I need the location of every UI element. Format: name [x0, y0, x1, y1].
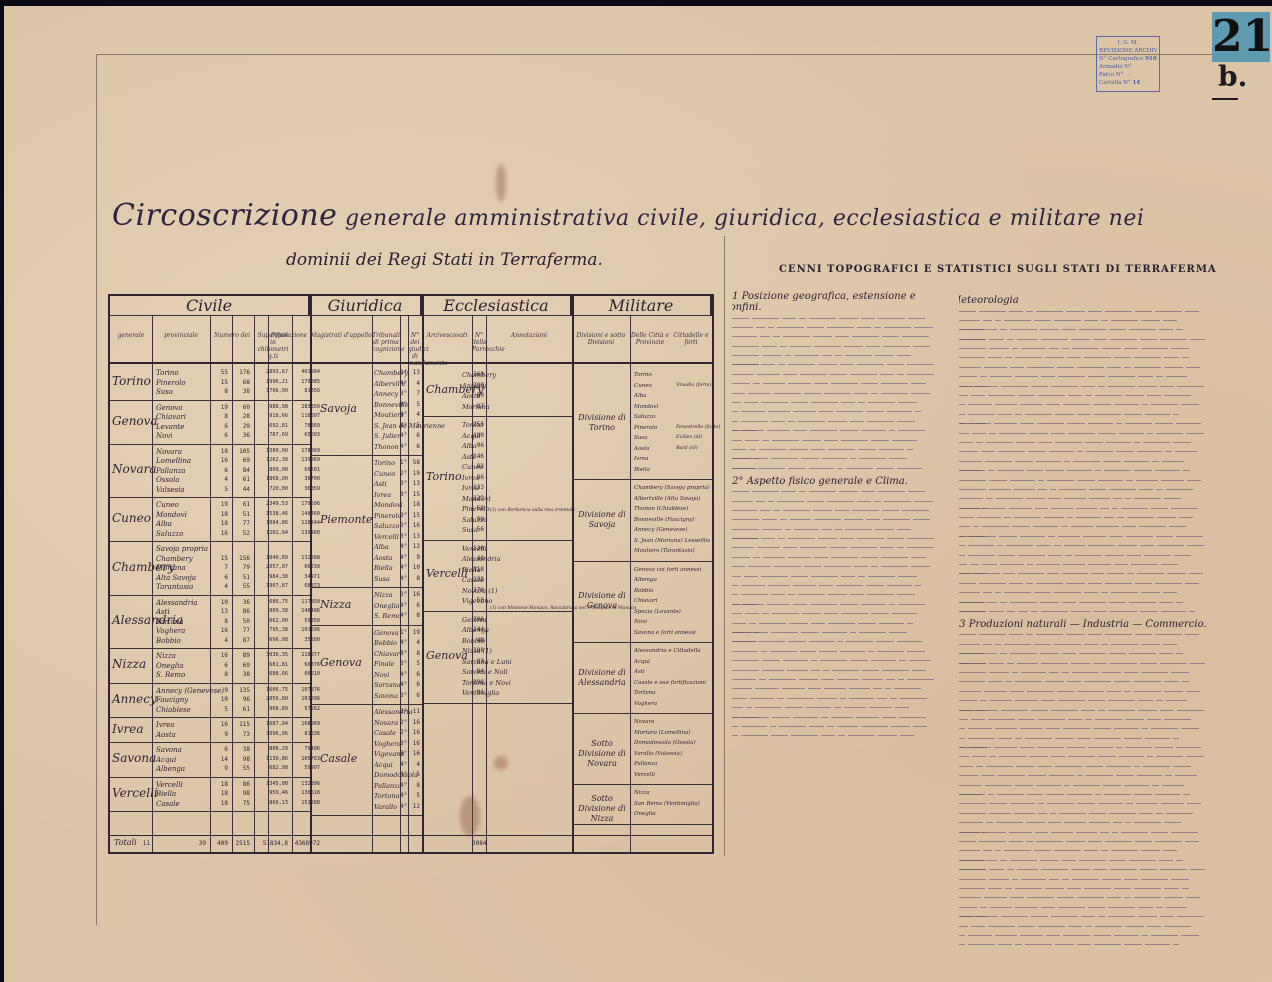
- column-header-annotazioni: Annotazioni: [486, 316, 572, 364]
- sheet-letter: b.: [1218, 60, 1247, 93]
- comuni-count: 156: [232, 555, 250, 562]
- popolazione-assoluta: 79406: [260, 746, 320, 752]
- mandamenti-count: 5: [408, 422, 420, 429]
- tribunal-class: 4°: [400, 681, 407, 688]
- annotation-note: (1) con Borbonica sulla riva orientale: [490, 506, 575, 516]
- division-rule: [110, 595, 310, 596]
- comuni-count: 29: [232, 423, 250, 430]
- division-name: Alessandria: [112, 613, 183, 627]
- mandamenti-count: 4: [210, 637, 228, 644]
- archdiocese-rule: [422, 540, 572, 541]
- division-rule: [110, 497, 310, 498]
- stamp-palco: Palco N°: [1099, 71, 1157, 79]
- mandamenti-count: 16: [210, 652, 228, 659]
- totals-label: Totali: [114, 838, 137, 848]
- comuni-count: 77: [232, 520, 250, 527]
- tribunal-class: 2°: [400, 470, 407, 477]
- tribunal-name: Varallo: [374, 802, 397, 812]
- mandamenti-count: 12: [408, 803, 420, 810]
- popolazione-assoluta: 178069: [260, 448, 320, 454]
- mandamenti-count: 16: [210, 721, 228, 728]
- topography-paragraph: [732, 314, 937, 474]
- comuni-count: 84: [232, 467, 250, 474]
- division-name: Vercelli: [112, 786, 158, 800]
- mandamenti-count: 10: [408, 564, 420, 571]
- tribunal-class: 3°: [400, 390, 407, 397]
- parishes-count: 86: [472, 474, 484, 481]
- mandamenti-count: 18: [210, 790, 228, 797]
- popolazione-assoluta: 78869: [260, 423, 320, 429]
- fortress-name: Exilles (id): [676, 433, 702, 443]
- military-rule: [572, 561, 712, 562]
- division-rule: [110, 648, 310, 649]
- parishes-count: 306: [472, 616, 484, 623]
- mandamenti-count: 8: [210, 671, 228, 678]
- province-name: Valsesia: [156, 485, 185, 495]
- comuni-count: 105: [232, 448, 250, 455]
- command-name: Biella: [634, 465, 710, 475]
- mandamenti-count: 18: [408, 501, 420, 508]
- court-rule: [310, 625, 422, 626]
- command-name: Saluzzo: [634, 412, 710, 422]
- archdiocese-name: Torino: [426, 470, 462, 483]
- province-name: Novara: [156, 447, 182, 457]
- stamp-line2: REVISIONE ARCHIVIO: [1099, 47, 1157, 55]
- province-name: Biella: [156, 789, 176, 799]
- topography-column-left: § 1 Posizione geografica, estensione e c…: [732, 289, 937, 739]
- division-name: Nizza: [112, 657, 146, 671]
- sheet-letter-underline: [1212, 98, 1238, 100]
- division-rule: [110, 717, 310, 718]
- tribunal-name: Nizza: [374, 590, 393, 600]
- comuni-count: 61: [232, 476, 250, 483]
- military-division-name: Sotto Divisione di Novara: [576, 739, 628, 769]
- popolazione-assoluta: 146486: [260, 608, 320, 614]
- parishes-count: 169: [472, 371, 484, 378]
- tribunal-name: Sarzana: [374, 680, 401, 690]
- command-name: Thonon (Chiablese): [634, 504, 710, 514]
- popolazione-assoluta: 118077: [260, 652, 320, 658]
- popolazione-assoluta: 105763: [260, 756, 320, 762]
- tribunal-class: 3°: [400, 692, 407, 699]
- court-rule: [310, 587, 422, 588]
- province-name: Bobbio: [156, 636, 181, 646]
- command-name: Pallanza: [634, 759, 710, 769]
- popolazione-assoluta: 66610: [260, 671, 320, 677]
- province-name: Levante: [156, 422, 184, 432]
- document-subtitle: dominii dei Regi Stati in Terraferma.: [286, 250, 603, 270]
- tribunal-class: 4°: [400, 411, 407, 418]
- court-name: Genova: [320, 656, 362, 669]
- mandamenti-count: 15: [408, 512, 420, 519]
- tribunal-class: 4°: [400, 575, 407, 582]
- tribunal-class: 3°: [400, 522, 407, 529]
- popolazione-assoluta: 68973: [260, 583, 320, 589]
- mandamenti-count: 5: [408, 792, 420, 799]
- mandamenti-count: 18: [210, 781, 228, 788]
- parishes-count: 136: [472, 545, 484, 552]
- mandamenti-count: 15: [408, 491, 420, 498]
- command-name: Ivrea: [634, 454, 710, 464]
- command-name: Casale e sue fortificazioni: [634, 678, 710, 688]
- topography-section-heading: § 2° Aspetto fisico generale e Clima.: [732, 476, 937, 487]
- topography-title: CENNI TOPOGRAFICI E STATISTICI SUGLI STA…: [779, 264, 1217, 275]
- court-rule: [310, 815, 422, 816]
- section-divider: [724, 236, 725, 856]
- command-name: Chambery (Savoja propria): [634, 483, 710, 493]
- command-name: Genova coi forti annessi: [634, 565, 710, 575]
- command-name: Torino: [634, 370, 710, 380]
- mandamenti-count: 6: [210, 746, 228, 753]
- mandamenti-count: 19: [210, 404, 228, 411]
- military-division-name: Divisione di Genova: [576, 591, 628, 611]
- tribunal-class: 4°: [400, 380, 407, 387]
- topography-section-heading: § 3 Produzioni naturali — Industria — Co…: [959, 619, 1209, 630]
- popolazione-assoluta: 118097: [260, 413, 320, 419]
- comuni-count: 55: [232, 583, 250, 590]
- division-rule: [110, 811, 310, 812]
- province-name: Oneglia: [156, 661, 184, 671]
- mandamenti-count: 5: [408, 401, 420, 408]
- division-name: Cuneo: [112, 511, 151, 525]
- comuni-count: 96: [232, 696, 250, 703]
- popolazione-assoluta: 139869: [260, 457, 320, 463]
- tribunal-name: Novi: [374, 670, 389, 680]
- mandamenti-count: 12: [408, 543, 420, 550]
- comuni-count: 115: [232, 721, 250, 728]
- parishes-count: 82: [472, 463, 484, 470]
- tribunal-name: Oneglia: [374, 601, 400, 611]
- tribunal-class: 3°: [400, 750, 407, 757]
- mandamenti-count: 16: [408, 740, 420, 747]
- column-header-n_giudici: N° dei giudici di mandamento: [408, 316, 422, 364]
- province-name: Chiavari: [156, 412, 186, 422]
- mandamenti-count: 6: [210, 662, 228, 669]
- mandamenti-count: 16: [408, 729, 420, 736]
- tribunal-class: 4°: [400, 554, 407, 561]
- parishes-count: 90: [472, 516, 484, 523]
- parishes-count: 370: [472, 587, 484, 594]
- diocese-name: Savona e Noli: [462, 667, 508, 677]
- military-rule: [572, 824, 712, 825]
- tribunal-class: 4°: [400, 671, 407, 678]
- document-title: Circoscrizione generale amministrativa c…: [112, 198, 1144, 233]
- tribunal-name: Biella: [374, 563, 393, 573]
- total-divisions: 11: [138, 840, 150, 847]
- tribunal-name: Asti: [374, 479, 387, 489]
- mandamenti-count: 5: [210, 486, 228, 493]
- mandamenti-count: 18: [210, 448, 228, 455]
- section-header-ecclesiastica: Ecclesiastica: [422, 296, 572, 316]
- popolazione-assoluta: 81856: [260, 388, 320, 394]
- division-rule: [110, 742, 310, 743]
- province-name: Vercelli: [156, 780, 183, 790]
- fortress-name: Vinadio (forte): [676, 381, 711, 391]
- military-division-name: Divisione di Alessandria: [576, 668, 628, 688]
- command-name: Mondovì: [634, 402, 710, 412]
- tribunal-class: 3°: [400, 650, 407, 657]
- division-name: Torino: [112, 374, 151, 388]
- mandamenti-count: 8: [210, 618, 228, 625]
- mandamenti-count: 8: [408, 575, 420, 582]
- comuni-count: 38: [232, 746, 250, 753]
- province-name: Susa: [156, 387, 173, 397]
- fortress-name: Bard (id): [676, 444, 698, 454]
- total-mandamenti: 409: [210, 840, 228, 847]
- popolazione-assoluta: 107876: [260, 687, 320, 693]
- mandamenti-count: 8: [408, 650, 420, 657]
- mandamenti-count: 11: [408, 708, 420, 715]
- command-name: Savona e forti annessi: [634, 628, 710, 638]
- popolazione-assoluta: 36700: [260, 476, 320, 482]
- division-rule: [110, 541, 310, 542]
- column-rule: [372, 316, 373, 852]
- division-rule: [110, 683, 310, 684]
- province-name: Savoja propria: [156, 544, 208, 554]
- mandamenti-count: 9: [210, 731, 228, 738]
- court-name: Casale: [320, 752, 357, 765]
- popolazione-assoluta: 65603: [260, 432, 320, 438]
- parishes-count: 50: [472, 597, 484, 604]
- command-name: Varallo (Valsesia): [634, 749, 710, 759]
- column-header-numero: Numero dei: [210, 316, 254, 364]
- command-name: Chiavari: [634, 596, 710, 606]
- province-name: Acqui: [156, 755, 176, 765]
- parishes-count: 188: [472, 647, 484, 654]
- division-rule: [110, 777, 310, 778]
- stain: [496, 164, 506, 202]
- archdiocese-name: Genova: [426, 649, 468, 662]
- province-name: Ivrea: [156, 720, 174, 730]
- military-rule: [572, 642, 712, 643]
- parishes-count: 138: [472, 576, 484, 583]
- parishes-count: 144: [472, 626, 484, 633]
- command-name: Moutiers (Tarantasia): [634, 546, 710, 556]
- column-rule: [152, 316, 153, 852]
- mandamenti-count: 18: [210, 520, 228, 527]
- province-name: S. Remo: [156, 670, 185, 680]
- mandamenti-count: 16: [408, 591, 420, 598]
- court-rule: [310, 704, 422, 705]
- command-name: Alba: [634, 391, 710, 401]
- column-header-provinciale: provinciale: [152, 316, 210, 364]
- comuni-count: 86: [232, 781, 250, 788]
- totals-row: Totali1139409251551834,843689723084: [110, 835, 712, 852]
- parishes-count: 180: [472, 432, 484, 439]
- mandamenti-count: 10: [210, 599, 228, 606]
- popolazione-assoluta: 401684: [260, 369, 320, 375]
- archdiocese-name: Vercelli: [426, 567, 468, 580]
- column-header-magistrati: Magistrati d'appello: [310, 316, 372, 364]
- military-division-name: Divisione di Torino: [576, 413, 628, 433]
- tribunal-name: Ivrea: [374, 490, 391, 500]
- comuni-count: 135: [232, 687, 250, 694]
- parishes-count: 87: [472, 403, 484, 410]
- mandamenti-count: 6: [408, 671, 420, 678]
- division-name: Annecy: [112, 692, 157, 706]
- popolazione-assoluta: 101696: [260, 696, 320, 702]
- tribunal-name: Pinerolo: [374, 511, 402, 521]
- mandamenti-count: 16: [408, 522, 420, 529]
- mandamenti-count: 15: [210, 555, 228, 562]
- popolazione-assoluta: 117950: [260, 599, 320, 605]
- archdiocese-name: Chambery: [426, 383, 484, 396]
- division-name: Chambery: [112, 560, 175, 574]
- popolazione-assoluta: 179606: [260, 501, 320, 507]
- tribunal-class: 3°: [400, 491, 407, 498]
- command-name: Domodossola (Ossola): [634, 738, 710, 748]
- total-population: 4368972: [260, 840, 320, 847]
- mandamenti-count: 16: [408, 750, 420, 757]
- province-name: Casale: [156, 799, 180, 809]
- military-division-name: Divisione di Savoja: [576, 510, 628, 530]
- parishes-count: 118: [472, 566, 484, 573]
- column-header-citta_prov: Delle Città e Provincie: [630, 316, 670, 364]
- parishes-count: 48: [472, 637, 484, 644]
- column-header-tribunali: Tribunali di prima cognizione: [372, 316, 400, 364]
- circoscrizione-table: CivileGiuridicaEcclesiasticaMilitaregene…: [108, 294, 714, 854]
- tribunal-name: Cuneo: [374, 469, 395, 479]
- tribunal-name: Mondovì: [374, 500, 403, 510]
- comuni-count: 52: [232, 530, 250, 537]
- tribunal-class: 1°: [400, 629, 407, 636]
- tribunal-class: 4°: [400, 771, 407, 778]
- mandamenti-count: 7: [210, 564, 228, 571]
- tribunal-name: Tortona: [374, 791, 399, 801]
- province-name: Mondovì: [156, 510, 187, 520]
- province-name: Savona: [156, 745, 182, 755]
- popolazione-assoluta: 148460: [260, 511, 320, 517]
- tribunal-class: 1°: [400, 459, 407, 466]
- mandamenti-count: 8: [408, 782, 420, 789]
- tribunal-class: 4°: [400, 792, 407, 799]
- tribunal-class: 3°: [400, 512, 407, 519]
- mandamenti-count: 19: [408, 629, 420, 636]
- tribunal-class: 3°: [400, 740, 407, 747]
- military-rule: [572, 479, 712, 480]
- tribunal-class: 3°: [400, 480, 407, 487]
- diocese-name: Tortona e Novi: [462, 678, 511, 688]
- mandamenti-count: 55: [210, 369, 228, 376]
- parishes-count: 56: [472, 526, 484, 533]
- comuni-count: 38: [232, 671, 250, 678]
- parishes-count: 146: [472, 453, 484, 460]
- comuni-count: 36: [232, 599, 250, 606]
- mandamenti-count: 13: [408, 369, 420, 376]
- province-name: Alta Savoja: [156, 573, 196, 583]
- province-name: Genova: [156, 403, 183, 413]
- command-name: Novi: [634, 617, 710, 627]
- popolazione-assoluta: 118844: [260, 520, 320, 526]
- mandamenti-count: 15: [210, 379, 228, 386]
- tribunal-name: Vercelli: [374, 532, 399, 542]
- comuni-count: 44: [232, 486, 250, 493]
- command-name: Annecy (Genevese): [634, 525, 710, 535]
- province-name: Alessandria: [156, 598, 198, 608]
- province-name: Nizza: [156, 651, 176, 661]
- popolazione-assoluta: 132806: [260, 781, 320, 787]
- topography-column-right: Meteorologia§ 3 Produzioni naturali — In…: [959, 293, 1209, 953]
- tribunal-class: 4°: [400, 782, 407, 789]
- diocese-name: Sarzana e Luni: [462, 657, 512, 667]
- province-name: Chiablese: [156, 705, 191, 715]
- command-name: Oneglia: [634, 809, 710, 819]
- comuni-count: 73: [232, 731, 250, 738]
- tribunal-class: 2°: [400, 729, 407, 736]
- parishes-count: 58: [472, 505, 484, 512]
- command-name: Aosta: [634, 444, 710, 454]
- stain: [494, 756, 508, 770]
- command-name: Acqui: [634, 657, 710, 667]
- stamp-cartella: Cartella N° 14: [1099, 79, 1157, 87]
- court-name: Savoja: [320, 402, 357, 415]
- mandamenti-count: 5: [408, 660, 420, 667]
- province-name: Cuneo: [156, 500, 179, 510]
- command-name: Spezia (Levante): [634, 607, 710, 617]
- division-rule: [110, 444, 310, 445]
- command-name: Vercelli: [634, 770, 710, 780]
- popolazione-assoluta: 151688: [260, 800, 320, 806]
- parishes-count: 96: [472, 442, 484, 449]
- popolazione-assoluta: 34971: [260, 574, 320, 580]
- stamp-armadio: Armadio N°: [1099, 63, 1157, 71]
- comuni-count: 89: [232, 652, 250, 659]
- column-header-cittadelle: Cittadelle e forti: [670, 316, 712, 364]
- archive-stamp: I. G. M. REVISIONE ARCHIVIO N° Cartograf…: [1096, 36, 1160, 92]
- topography-paragraph: [959, 631, 1209, 838]
- tribunal-name: Genova: [374, 628, 399, 638]
- command-name: Albertville (Alta Savoja): [634, 494, 710, 504]
- tribunal-name: Aosta: [374, 553, 392, 563]
- tribunal-class: 4°: [400, 443, 407, 450]
- popolazione-assoluta: 66601: [260, 467, 320, 473]
- comuni-count: 61: [232, 706, 250, 713]
- mandamenti-count: 6: [408, 681, 420, 688]
- province-name: Tarantasia: [156, 582, 193, 592]
- tribunal-class: 3°: [400, 660, 407, 667]
- court-name: Nizza: [320, 598, 351, 611]
- command-name: Bonneville (Faucigny): [634, 515, 710, 525]
- total-parishes: 3084: [472, 840, 484, 847]
- mandamenti-count: 16: [210, 627, 228, 634]
- popolazione-assoluta: 139960: [260, 530, 320, 536]
- command-name: Alessandria e Cittadella: [634, 646, 710, 656]
- military-rule: [572, 784, 712, 785]
- popolazione-assoluta: 57562: [260, 706, 320, 712]
- popolazione-assoluta: 101696: [260, 627, 320, 633]
- parishes-count: 253: [472, 421, 484, 428]
- comuni-count: 86: [232, 608, 250, 615]
- topography-section-heading: Meteorologia: [959, 295, 1209, 306]
- tribunal-class: 4°: [400, 543, 407, 550]
- parishes-count: 48: [472, 555, 484, 562]
- mandamenti-count: 6: [210, 432, 228, 439]
- tribunal-class: 4°: [400, 761, 407, 768]
- province-name: Aosta: [156, 730, 176, 740]
- tribunal-class: 4°: [400, 612, 407, 619]
- province-name: Pinerolo: [156, 378, 186, 388]
- tribunal-name: Savona: [374, 691, 398, 701]
- popolazione-assoluta: 59997: [260, 765, 320, 771]
- military-division-name: Sotto Divisione di Nizza: [576, 794, 628, 824]
- mandamenti-count: 18: [210, 511, 228, 518]
- tribunal-class: 4°: [400, 639, 407, 646]
- parishes-count: 122: [472, 495, 484, 502]
- division-rule: [110, 400, 310, 401]
- stamp-collocation: N° Cartografico 9106: [1099, 55, 1157, 63]
- topography-paragraph: [959, 307, 1209, 617]
- province-name: Novi: [156, 431, 173, 441]
